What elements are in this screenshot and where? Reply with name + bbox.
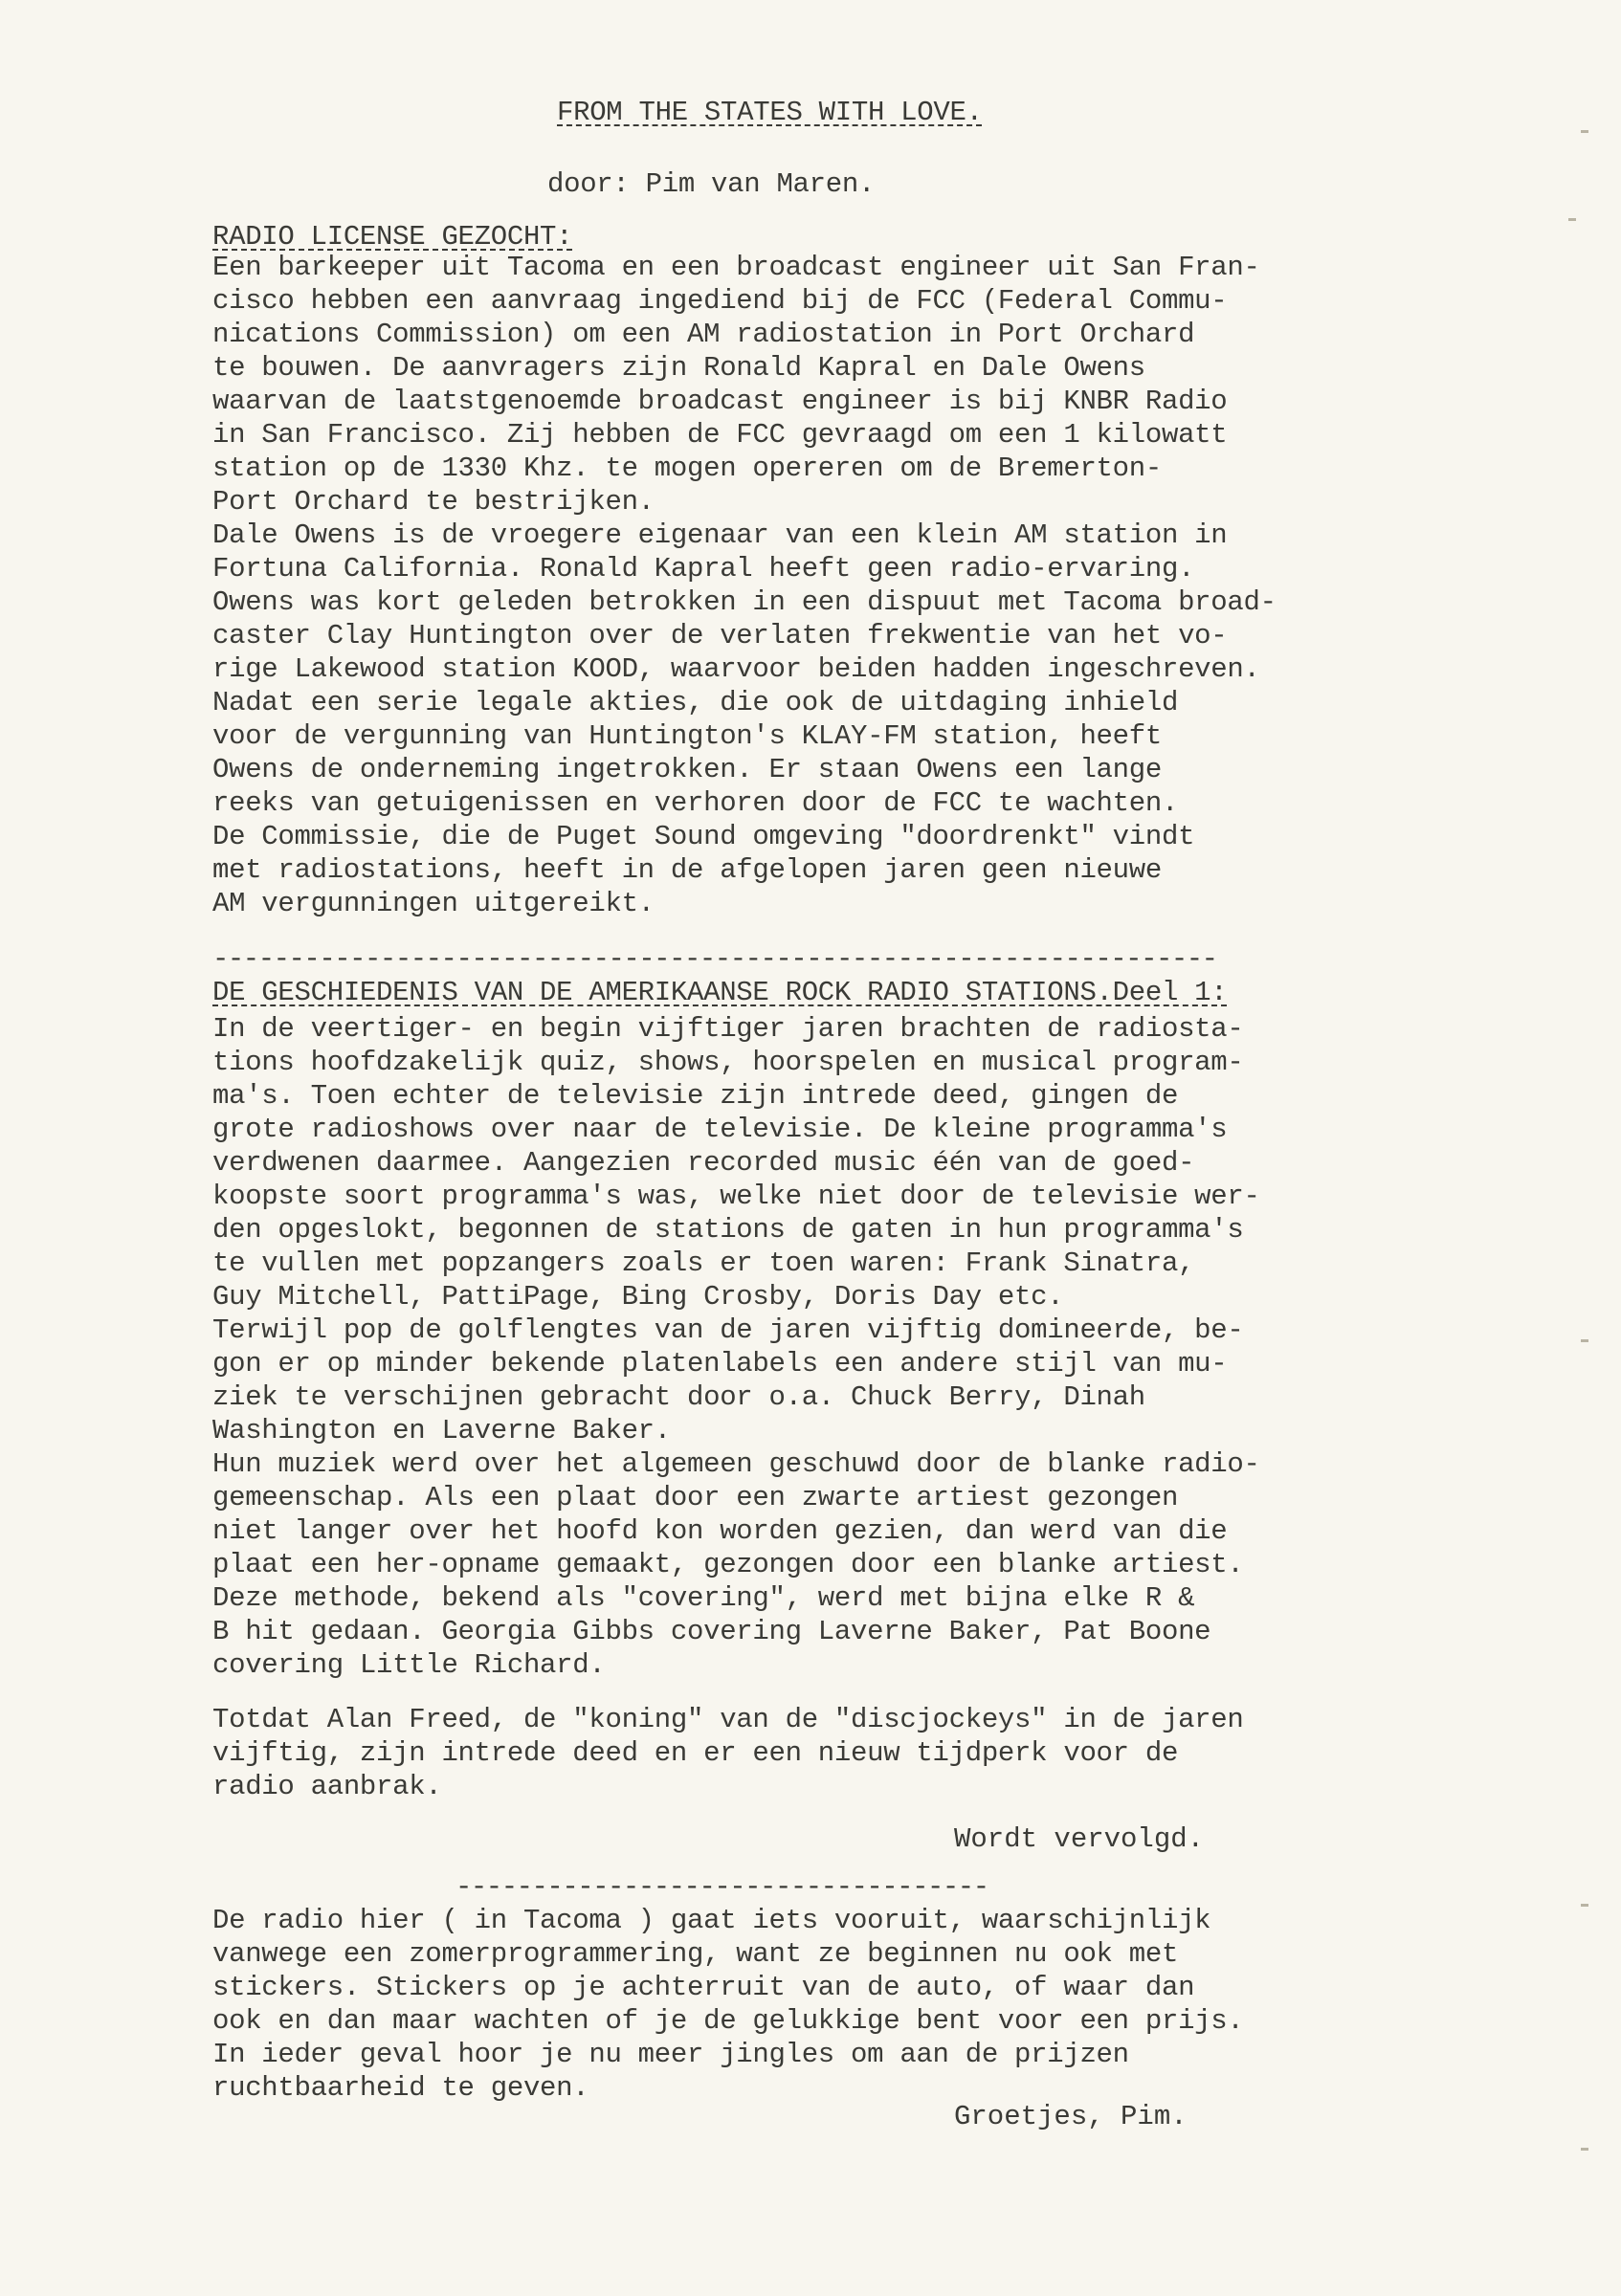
text-line: koopste soort programma's was, welke nie… [212,1180,1260,1213]
text-line: stickers. Stickers op je achterruit van … [212,1971,1194,2004]
section-heading-radio-license: RADIO LICENSE GEZOCHT: [212,220,572,254]
text-line: in San Francisco. Zij hebben de FCC gevr… [212,418,1227,452]
text-line: Guy Mitchell, PattiPage, Bing Crosby, Do… [212,1280,1063,1314]
text-line: plaat een her-opname gemaakt, gezongen d… [212,1548,1243,1581]
text-line: waarvan de laatstgenoemde broadcast engi… [212,385,1227,418]
text-line: Dale Owens is de vroegere eigenaar van e… [212,519,1227,552]
section-heading-rock-radio-history: DE GESCHIEDENIS VAN DE AMERIKAANSE ROCK … [212,976,1227,1009]
text-line: te vullen met popzangers zoals er toen w… [212,1247,1194,1280]
text-line: ruchtbaarheid te geven. [212,2071,588,2105]
text-line: verdwenen daarmee. Aangezien recorded mu… [212,1146,1194,1180]
text-line: met radiostations, heeft in de afgelopen… [212,853,1162,887]
text-line: tions hoofdzakelijk quiz, shows, hoorspe… [212,1046,1243,1079]
text-line: B hit gedaan. Georgia Gibbs covering Lav… [212,1615,1210,1648]
text-line: Nadat een serie legale akties, die ook d… [212,686,1178,719]
text-line: Hun muziek werd over het algemeen geschu… [212,1447,1260,1481]
text-line: In de veertiger- en begin vijftiger jare… [212,1012,1243,1046]
text-line: Port Orchard te bestrijken. [212,485,655,519]
text-line: Owens de onderneming ingetrokken. Er sta… [212,753,1162,786]
text-line: vijftig, zijn intrede deed en er een nie… [212,1736,1178,1770]
text-line: covering Little Richard. [212,1648,605,1682]
text-line: niet langer over het hoofd kon worden ge… [212,1514,1227,1548]
text-line: ma's. Toen echter de televisie zijn intr… [212,1079,1178,1113]
text-line: Owens was kort geleden betrokken in een … [212,585,1277,619]
text-line: AM vergunningen uitgereikt. [212,887,655,920]
text-line: Een barkeeper uit Tacoma en een broadcas… [212,251,1260,284]
text-line: caster Clay Huntington over de verlaten … [212,619,1227,652]
text-line: cisco hebben een aanvraag ingediend bij … [212,284,1227,318]
text-line: Totdat Alan Freed, de "koning" van de "d… [212,1703,1243,1736]
separator-long: ----------------------------------------… [212,942,1217,976]
text-line: den opgeslokt, begonnen de stations de g… [212,1213,1243,1247]
closing-to-be-continued: Wordt vervolgd. [954,1822,1204,1856]
text-line: De Commissie, die de Puget Sound omgevin… [212,820,1194,853]
text-line: De radio hier ( in Tacoma ) gaat iets vo… [212,1904,1210,1937]
text-line: te bouwen. De aanvragers zijn Ronald Kap… [212,351,1145,385]
text-line: reeks van getuigenissen en verhoren door… [212,786,1178,820]
text-line: Washington en Laverne Baker. [212,1414,671,1447]
text-line: gon er op minder bekende platenlabels ee… [212,1347,1227,1380]
text-line: Fortuna California. Ronald Kapral heeft … [212,552,1194,585]
separator-short: ----------------------------------- [455,1870,988,1904]
typewritten-page: FROM THE STATES WITH LOVE. door: Pim van… [0,0,1621,2296]
text-line: nications Commission) om een AM radiosta… [212,318,1194,351]
text-line: ziek te verschijnen gebracht door o.a. C… [212,1380,1145,1414]
text-line: Terwijl pop de golflengtes van de jaren … [212,1314,1243,1347]
text-line: In ieder geval hoor je nu meer jingles o… [212,2038,1129,2071]
signoff: Groetjes, Pim. [954,2100,1188,2133]
text-line: Deze methode, bekend als "covering", wer… [212,1581,1194,1615]
text-line: radio aanbrak. [212,1770,441,1803]
text-line: vanwege een zomerprogrammering, want ze … [212,1937,1178,1971]
page-title: FROM THE STATES WITH LOVE. [557,96,983,129]
text-line: station op de 1330 Khz. te mogen operere… [212,452,1162,485]
byline: door: Pim van Maren. [547,167,875,201]
text-line: ook en dan maar wachten of je de gelukki… [212,2004,1243,2038]
text-line: grote radioshows over naar de televisie.… [212,1113,1227,1146]
text-line: gemeenschap. Als een plaat door een zwar… [212,1481,1178,1514]
text-line: rige Lakewood station KOOD, waarvoor bei… [212,652,1260,686]
text-line: voor de vergunning van Huntington's KLAY… [212,719,1162,753]
